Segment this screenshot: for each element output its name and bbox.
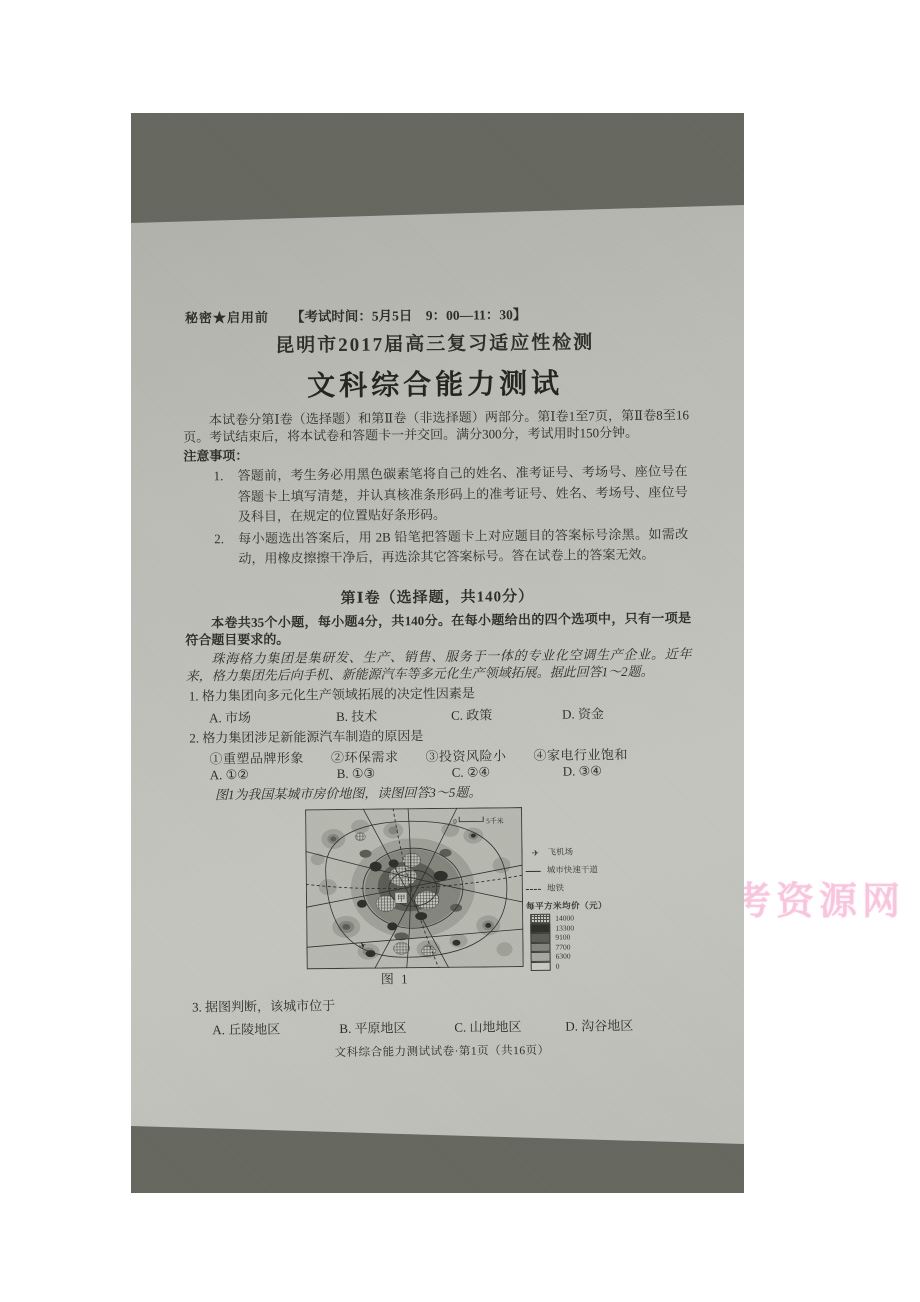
- q1-option-a: A. 市场: [209, 706, 336, 726]
- notice-item-1: 1. 答题前，考生务必用黑色碳素笔将自己的姓名、准考证号、考场号、座位号在答题卡…: [213, 461, 688, 527]
- legend-metro-label: 地铁: [547, 883, 564, 893]
- legend-price-row-3: 9100: [530, 933, 570, 943]
- section-title: 第Ⅰ卷（选择题，共140分）: [131, 583, 744, 610]
- map-legend: ✈ 飞机场 城市快速干道 地铁 每平方米均价（元） 14000 13300 91…: [525, 837, 665, 838]
- swatch-7700: [530, 942, 550, 952]
- q2-option-d: D. ③④: [563, 763, 602, 779]
- site-watermark: 考资源网: [733, 870, 905, 925]
- notice-item-1-text: 答题前，考生务必用黑色碳素笔将自己的姓名、准考证号、考场号、座位号在答题卡上填写…: [237, 463, 687, 524]
- airplane-icon: ✈: [525, 847, 545, 858]
- price-13300: 13300: [555, 923, 574, 932]
- legend-airport-label: 飞机场: [548, 847, 574, 857]
- legend-price-row-6: 0: [531, 961, 560, 971]
- legend-price-row-1: 14000: [530, 914, 574, 924]
- notice-item-1-number: 1.: [213, 466, 223, 487]
- page-footer: 文科综合能力测试试卷·第1页（共16页）: [136, 1040, 744, 1062]
- legend-metro-row: 地铁: [526, 882, 564, 894]
- question-3-stem: 3. 据图判断，该城市位于: [192, 995, 335, 1015]
- exam-title-line2: 文科综合能力测试: [131, 360, 742, 406]
- page: 考资源网 秘密★启用前 【考试时间：5月5日 9：00—11：30】 昆明市20…: [0, 0, 920, 1302]
- q3-option-a: A. 丘陵地区: [212, 1018, 339, 1038]
- price-14000: 14000: [555, 914, 574, 923]
- scale-zero: 0: [453, 818, 457, 826]
- q2-option-b: B. ①③: [337, 765, 452, 782]
- housing-price-map: ✈ 甲 0 5千米: [305, 807, 524, 969]
- swatch-6300: [531, 952, 551, 962]
- figure-intro: 图1为我国某城市房价地图，读图回答3～5题。: [215, 781, 482, 803]
- question-2-stem: 2. 格力集团涉足新能源汽车制造的原因是: [189, 725, 423, 746]
- question-1-stem: 1. 格力集团向多元化生产领域拓展的决定性因素是: [189, 683, 475, 705]
- exam-time: 【考试时间：5月5日 9：00—11：30】: [291, 303, 527, 325]
- legend-airport-row: ✈ 飞机场: [525, 846, 573, 859]
- swatch-13300: [530, 923, 550, 933]
- price-0: 0: [556, 961, 560, 970]
- q1-option-c: C. 政策: [451, 704, 562, 724]
- secrecy-label: 秘密★启用前: [185, 307, 269, 327]
- legend-price-row-5: 6300: [531, 952, 571, 962]
- notice-item-2: 2. 每小题选出答案后，用 2B 铅笔把答题卡上对应题目的答案标号涂黑。如需改动…: [214, 524, 688, 570]
- exam-paper-photo: 秘密★启用前 【考试时间：5月5日 9：00—11：30】 昆明市2017届高三…: [131, 113, 744, 1193]
- legend-expressway-label: 城市快速干道: [547, 864, 598, 875]
- q1-option-b: B. 技术: [336, 705, 451, 725]
- q3-option-c: C. 山地地区: [454, 1016, 565, 1036]
- price-9100: 9100: [555, 933, 570, 942]
- legend-price-row-2: 13300: [530, 923, 574, 933]
- notice-item-2-number: 2.: [214, 529, 224, 550]
- legend-price-row-4: 7700: [530, 942, 570, 952]
- q2-option-c: C. ②④: [452, 764, 563, 781]
- intro-paragraph: 本试卷分第Ⅰ卷（选择题）和第Ⅱ卷（非选择题）两部分。第Ⅰ卷1至7页，第Ⅱ卷8至1…: [183, 407, 689, 445]
- question-1-options: A. 市场B. 技术C. 政策D. 资金: [209, 703, 604, 726]
- q1-option-d: D. 资金: [562, 703, 604, 722]
- notice-item-2-text: 每小题选出答案后，用 2B 铅笔把答题卡上对应题目的答案标号涂黑。如需改动，用橡…: [238, 526, 688, 566]
- legend-expressway-row: 城市快速干道: [526, 863, 598, 876]
- metro-dash-icon: [526, 888, 541, 889]
- exam-title-line1: 昆明市2017届高三复习适应性检测: [131, 326, 741, 359]
- scale-label: 5千米: [486, 816, 504, 825]
- swatch-9100: [530, 933, 550, 943]
- notice-list: 1. 答题前，考生务必用黑色碳素笔将自己的姓名、准考证号、考场号、座位号在答题卡…: [213, 461, 688, 569]
- q3-option-d: D. 沟谷地区: [565, 1015, 633, 1035]
- swatch-14000: [530, 914, 550, 924]
- expressway-line-icon: [526, 870, 541, 871]
- price-6300: 6300: [556, 952, 571, 961]
- question-2-options: A. ①②B. ①③C. ②④D. ③④: [210, 763, 602, 783]
- notice-title: 注意事项：: [183, 448, 248, 465]
- reading-passage: 珠海格力集团是集研发、生产、销售、服务于一体的专业化空调生产企业。近年来，格力集…: [185, 646, 691, 684]
- swatch-0: [531, 961, 551, 971]
- q3-option-b: B. 平原地区: [339, 1017, 454, 1037]
- paper-content: 秘密★启用前 【考试时间：5月5日 9：00—11：30】 昆明市2017届高三…: [131, 113, 744, 1193]
- legend-price-title: 每平方米均价（元）: [526, 899, 607, 912]
- map-center-label: 甲: [397, 893, 406, 903]
- figure-caption: 图 1: [381, 968, 410, 987]
- price-7700: 7700: [555, 942, 570, 951]
- section-desc: 本卷共35个小题，每小题4分，共140分。在每小题给出的四个选项中，只有一项是符…: [185, 610, 691, 648]
- question-3-options: A. 丘陵地区B. 平原地区C. 山地地区D. 沟谷地区: [212, 1015, 633, 1038]
- q2-option-a: A. ①②: [210, 766, 337, 783]
